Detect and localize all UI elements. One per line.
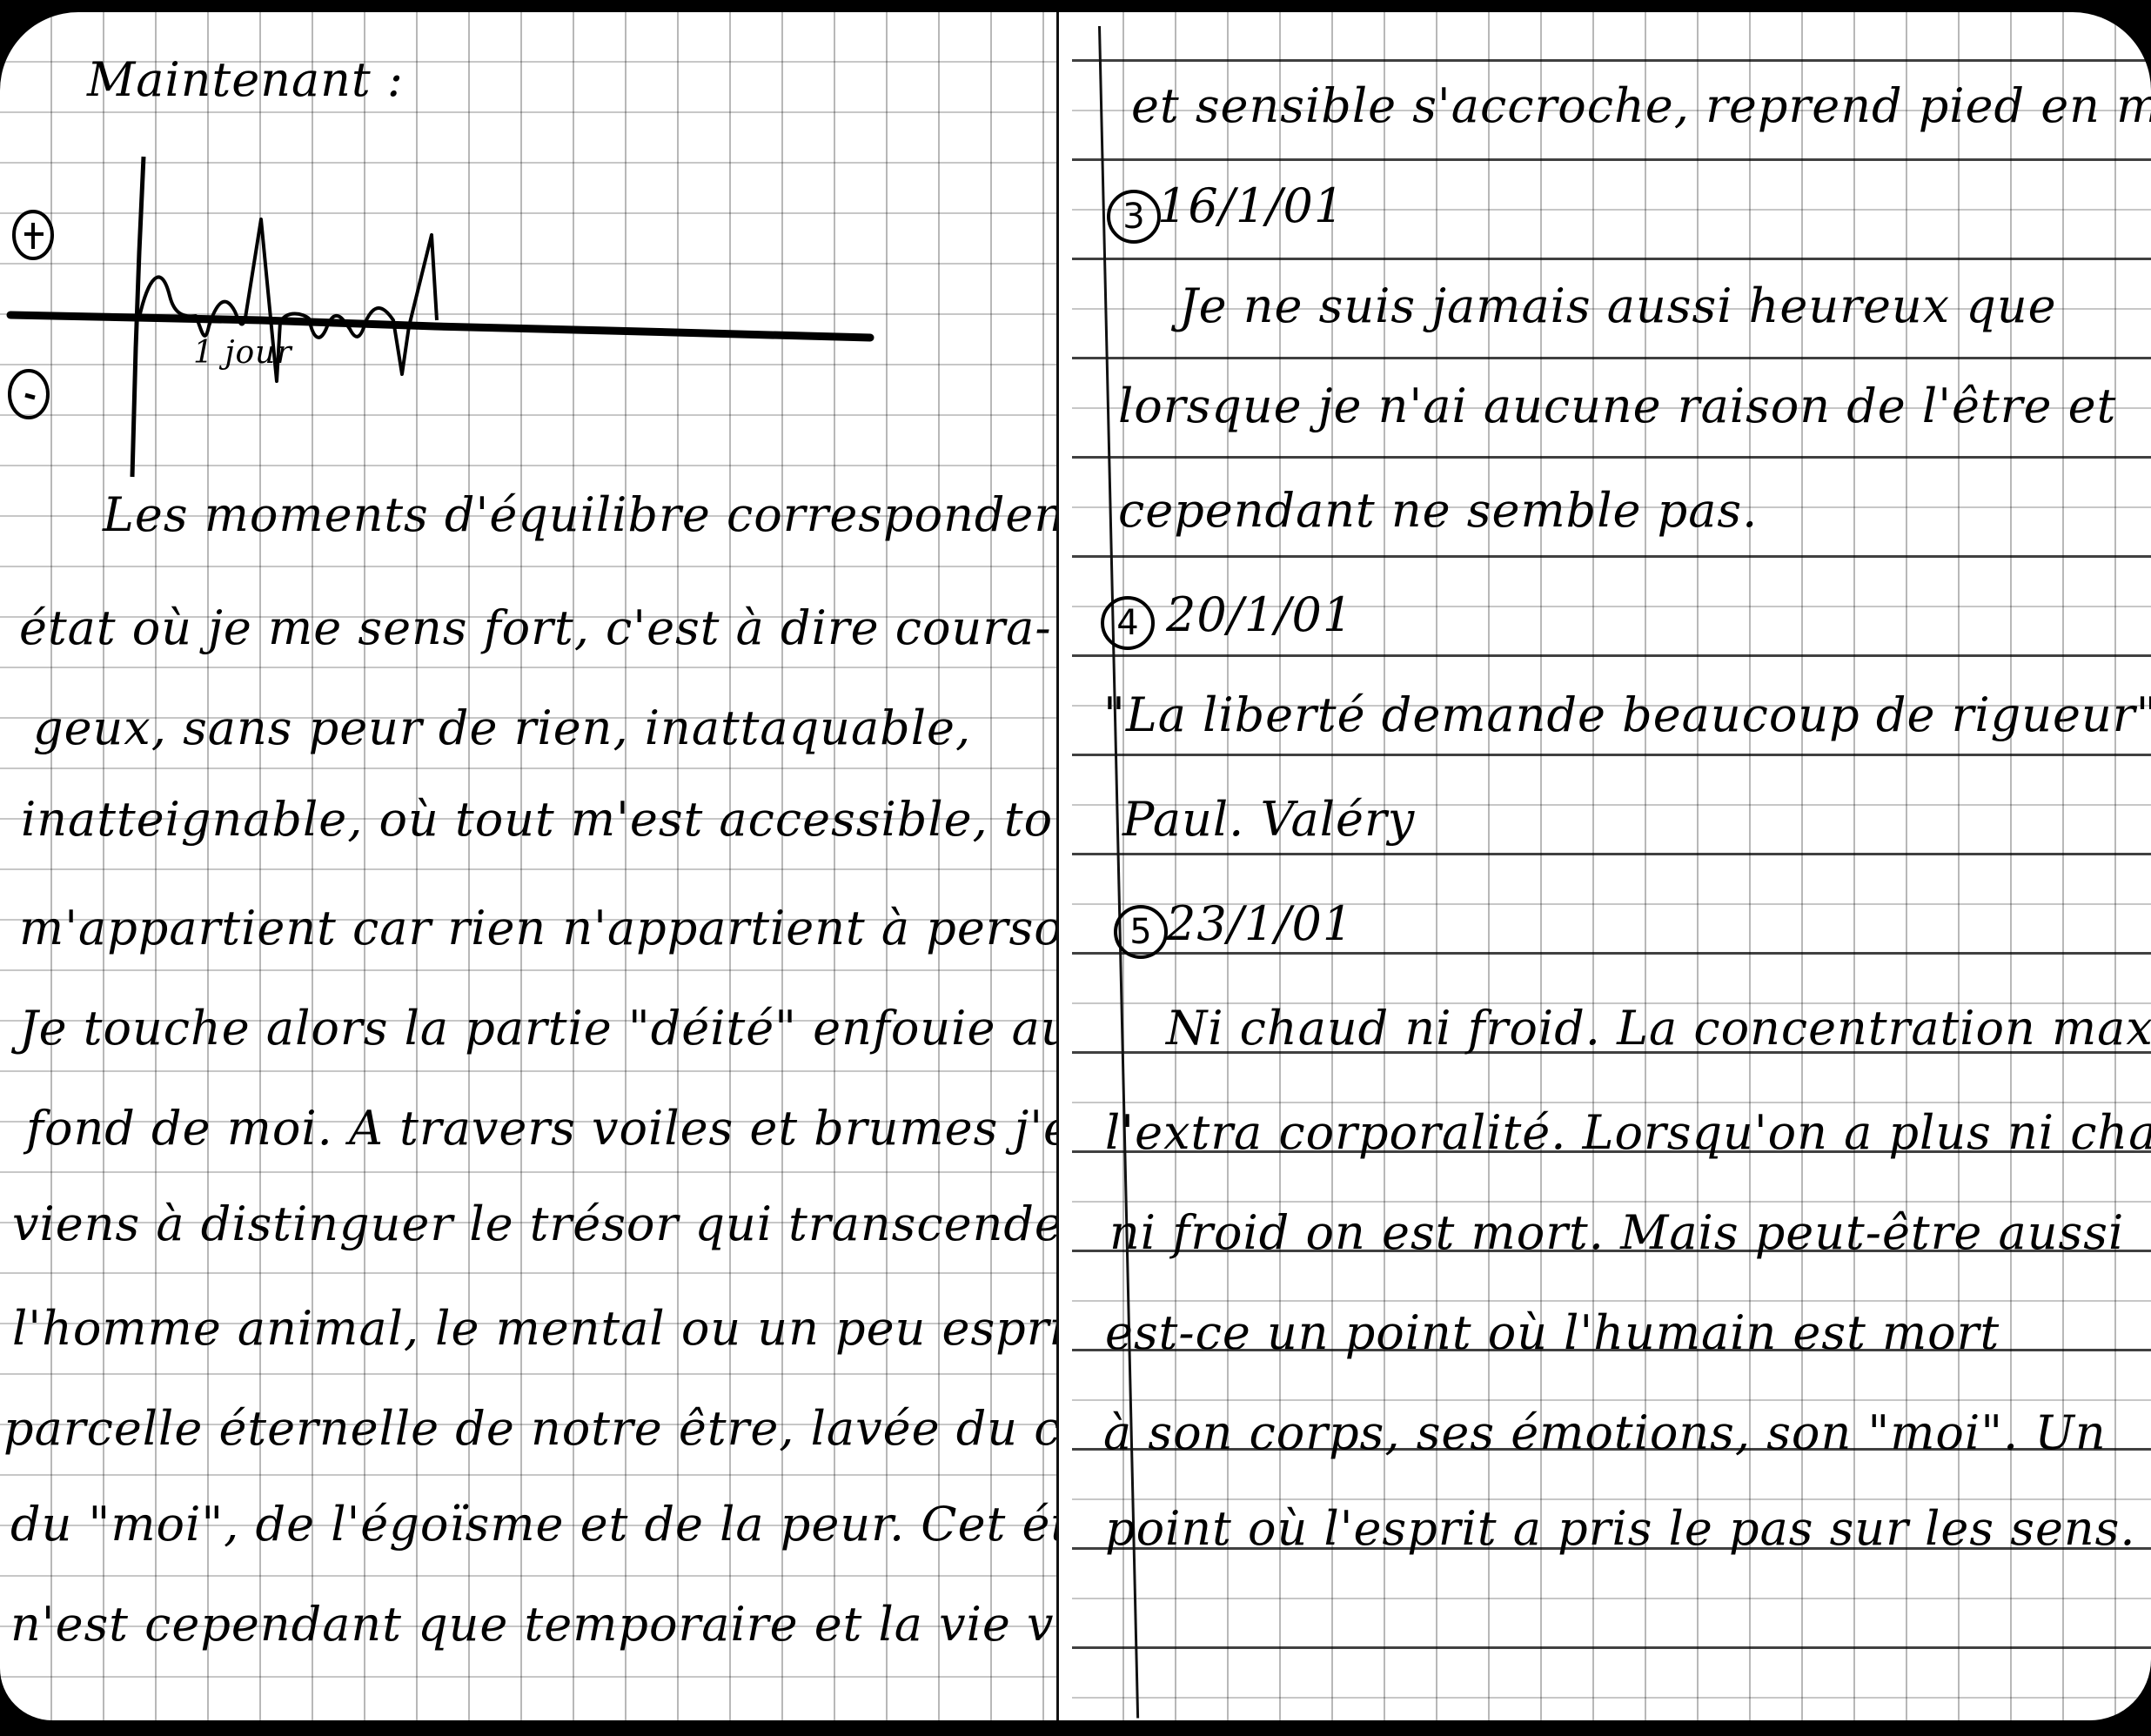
paragraph-line: du "moi", de l'égoïsme et de la peur. Ce… [10, 1497, 1119, 1552]
entry-line: Ni chaud ni froid. La concentration maxi… [1166, 1001, 2151, 1056]
entry-line: ni froid on est mort. Mais peut-être aus… [1109, 1205, 2124, 1260]
paragraph-line: geux, sans peur de rien, inattaquable, [33, 700, 971, 755]
entry-line: lorsque je n'ai aucune raison de l'être … [1118, 379, 2116, 433]
entry-line: Je ne suis jamais aussi heureux que [1179, 278, 2057, 333]
paragraph-line: viens à distinguer le trésor qui transce… [12, 1196, 1063, 1251]
paragraph-line: l'homme animal, le mental ou un peu espr… [12, 1301, 1102, 1356]
paragraph-line: n'est cependant que temporaire et la vie… [10, 1597, 1187, 1652]
mood-graph-drawing [0, 148, 922, 496]
paragraph-line: parcelle éternelle de notre être, lavée … [3, 1401, 1234, 1456]
entry-date: 16/1/01 [1157, 178, 1344, 233]
continuation-line: et sensible s'accroche, reprend pied en … [1131, 78, 2151, 133]
entry-date: 20/1/01 [1166, 587, 1353, 642]
entry-line: à son corps, ses émotions, son "moi". Un [1103, 1405, 2107, 1460]
entry-number-badge: 4 [1101, 596, 1155, 650]
quote-author: Paul. Valéry [1122, 792, 1415, 847]
right-page [1072, 12, 2151, 1720]
paragraph-line: m'appartient car rien n'appartient à per… [19, 901, 1170, 955]
paragraph-line: état où je me sens fort, c'est à dire co… [19, 600, 1052, 655]
entry-date: 23/1/01 [1166, 896, 1353, 951]
quote-line: "La liberté demande beaucoup de rigueur" [1103, 687, 2151, 742]
notebook-spread: Maintenant : 1 jour Les moments d'équili… [0, 0, 2151, 1736]
entry-line: est-ce un point où l'humain est mort [1105, 1305, 2000, 1360]
paragraph-line: inatteignable, où tout m'est accessible,… [21, 792, 1104, 847]
paragraph-line: Les moments d'équilibre correspondent à … [103, 487, 1208, 542]
entry-line: l'extra corporalité. Lorsqu'on a plus ni… [1105, 1105, 2151, 1160]
entry-line: point où l'esprit a pris le pas sur les … [1105, 1501, 2136, 1556]
x-axis-label: 1 jour [193, 335, 292, 371]
entry-line: cependant ne semble pas. [1118, 483, 1758, 538]
entry-number-badge: 5 [1114, 905, 1168, 959]
x-axis [10, 315, 870, 338]
entry-number-badge: 3 [1107, 190, 1161, 244]
heading-maintenant: Maintenant : [87, 52, 404, 107]
paragraph-line: Je touche alors la partie "déité" enfoui… [19, 1001, 1072, 1056]
paragraph-line: fond de moi. A travers voiles et brumes … [26, 1101, 1103, 1156]
mood-graph: 1 jour [0, 148, 922, 496]
